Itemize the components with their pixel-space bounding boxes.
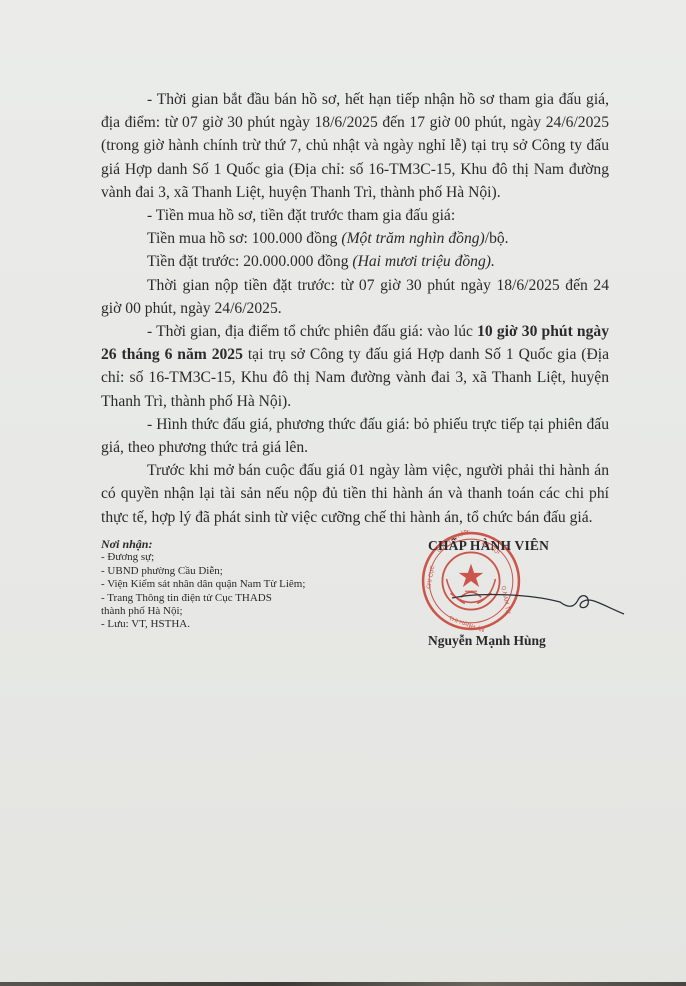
signature-block: CHẤP HÀNH VIÊN CỤC THI HÀNH HÀ NỘI Q.NAM… (420, 536, 610, 656)
deposit-words: (Hai mươi triệu đồng). (352, 253, 494, 270)
paragraph-auction-time: - Thời gian, địa điểm tổ chức phiên đấu … (101, 320, 609, 413)
recipient-item: - Viện Kiểm sát nhân dân quận Nam Từ Liê… (101, 578, 361, 591)
signer-name: Nguyễn Mạnh Hùng (428, 633, 546, 649)
signer-title: CHẤP HÀNH VIÊN (428, 538, 549, 554)
paragraph-fees-heading: - Tiền mua hồ sơ, tiền đặt trước tham gi… (101, 204, 609, 227)
paragraph-auction-method: - Hình thức đấu giá, phương thức đấu giá… (101, 413, 609, 459)
deposit-text: Tiền đặt trước: 20.000.000 đồng (147, 253, 352, 270)
document-page: - Thời gian bắt đầu bán hồ sơ, hết hạn t… (0, 0, 686, 982)
paragraph-deposit: Tiền đặt trước: 20.000.000 đồng (Hai mươ… (101, 250, 609, 273)
auction-time-prefix: - Thời gian, địa điểm tổ chức phiên đấu … (147, 323, 477, 340)
document-body: - Thời gian bắt đầu bán hồ sơ, hết hạn t… (101, 88, 609, 529)
paragraph-bidding-documents: - Thời gian bắt đầu bán hồ sơ, hết hạn t… (101, 88, 609, 204)
photo-edge-strip (0, 982, 686, 986)
recipient-item: - Đương sự; (101, 551, 361, 564)
recipient-item: - Trang Thông tin điện tử Cục THADS (101, 592, 361, 605)
paragraph-deposit-time: Thời gian nộp tiền đặt trước: từ 07 giờ … (101, 274, 609, 320)
recipients-block: Nơi nhận: - Đương sự; - UBND phường Cầu … (101, 538, 361, 632)
recipients-title: Nơi nhận: (101, 538, 361, 551)
document-fee-words: (Một trăm nghìn đồng) (341, 230, 484, 247)
paragraph-redemption: Trước khi mở bán cuộc đấu giá 01 ngày là… (101, 459, 609, 529)
recipient-item: thành phố Hà Nội; (101, 605, 361, 618)
document-fee-suffix: /bộ. (485, 230, 509, 247)
recipient-item: - Lưu: VT, HSTHA. (101, 618, 361, 631)
document-fee-text: Tiền mua hồ sơ: 100.000 đồng (147, 230, 341, 247)
recipient-item: - UBND phường Cầu Diễn; (101, 565, 361, 578)
svg-text:CHI CỤC: CHI CỤC (426, 565, 436, 589)
handwritten-signature (450, 586, 625, 626)
paragraph-document-fee: Tiền mua hồ sơ: 100.000 đồng (Một trăm n… (101, 227, 609, 250)
